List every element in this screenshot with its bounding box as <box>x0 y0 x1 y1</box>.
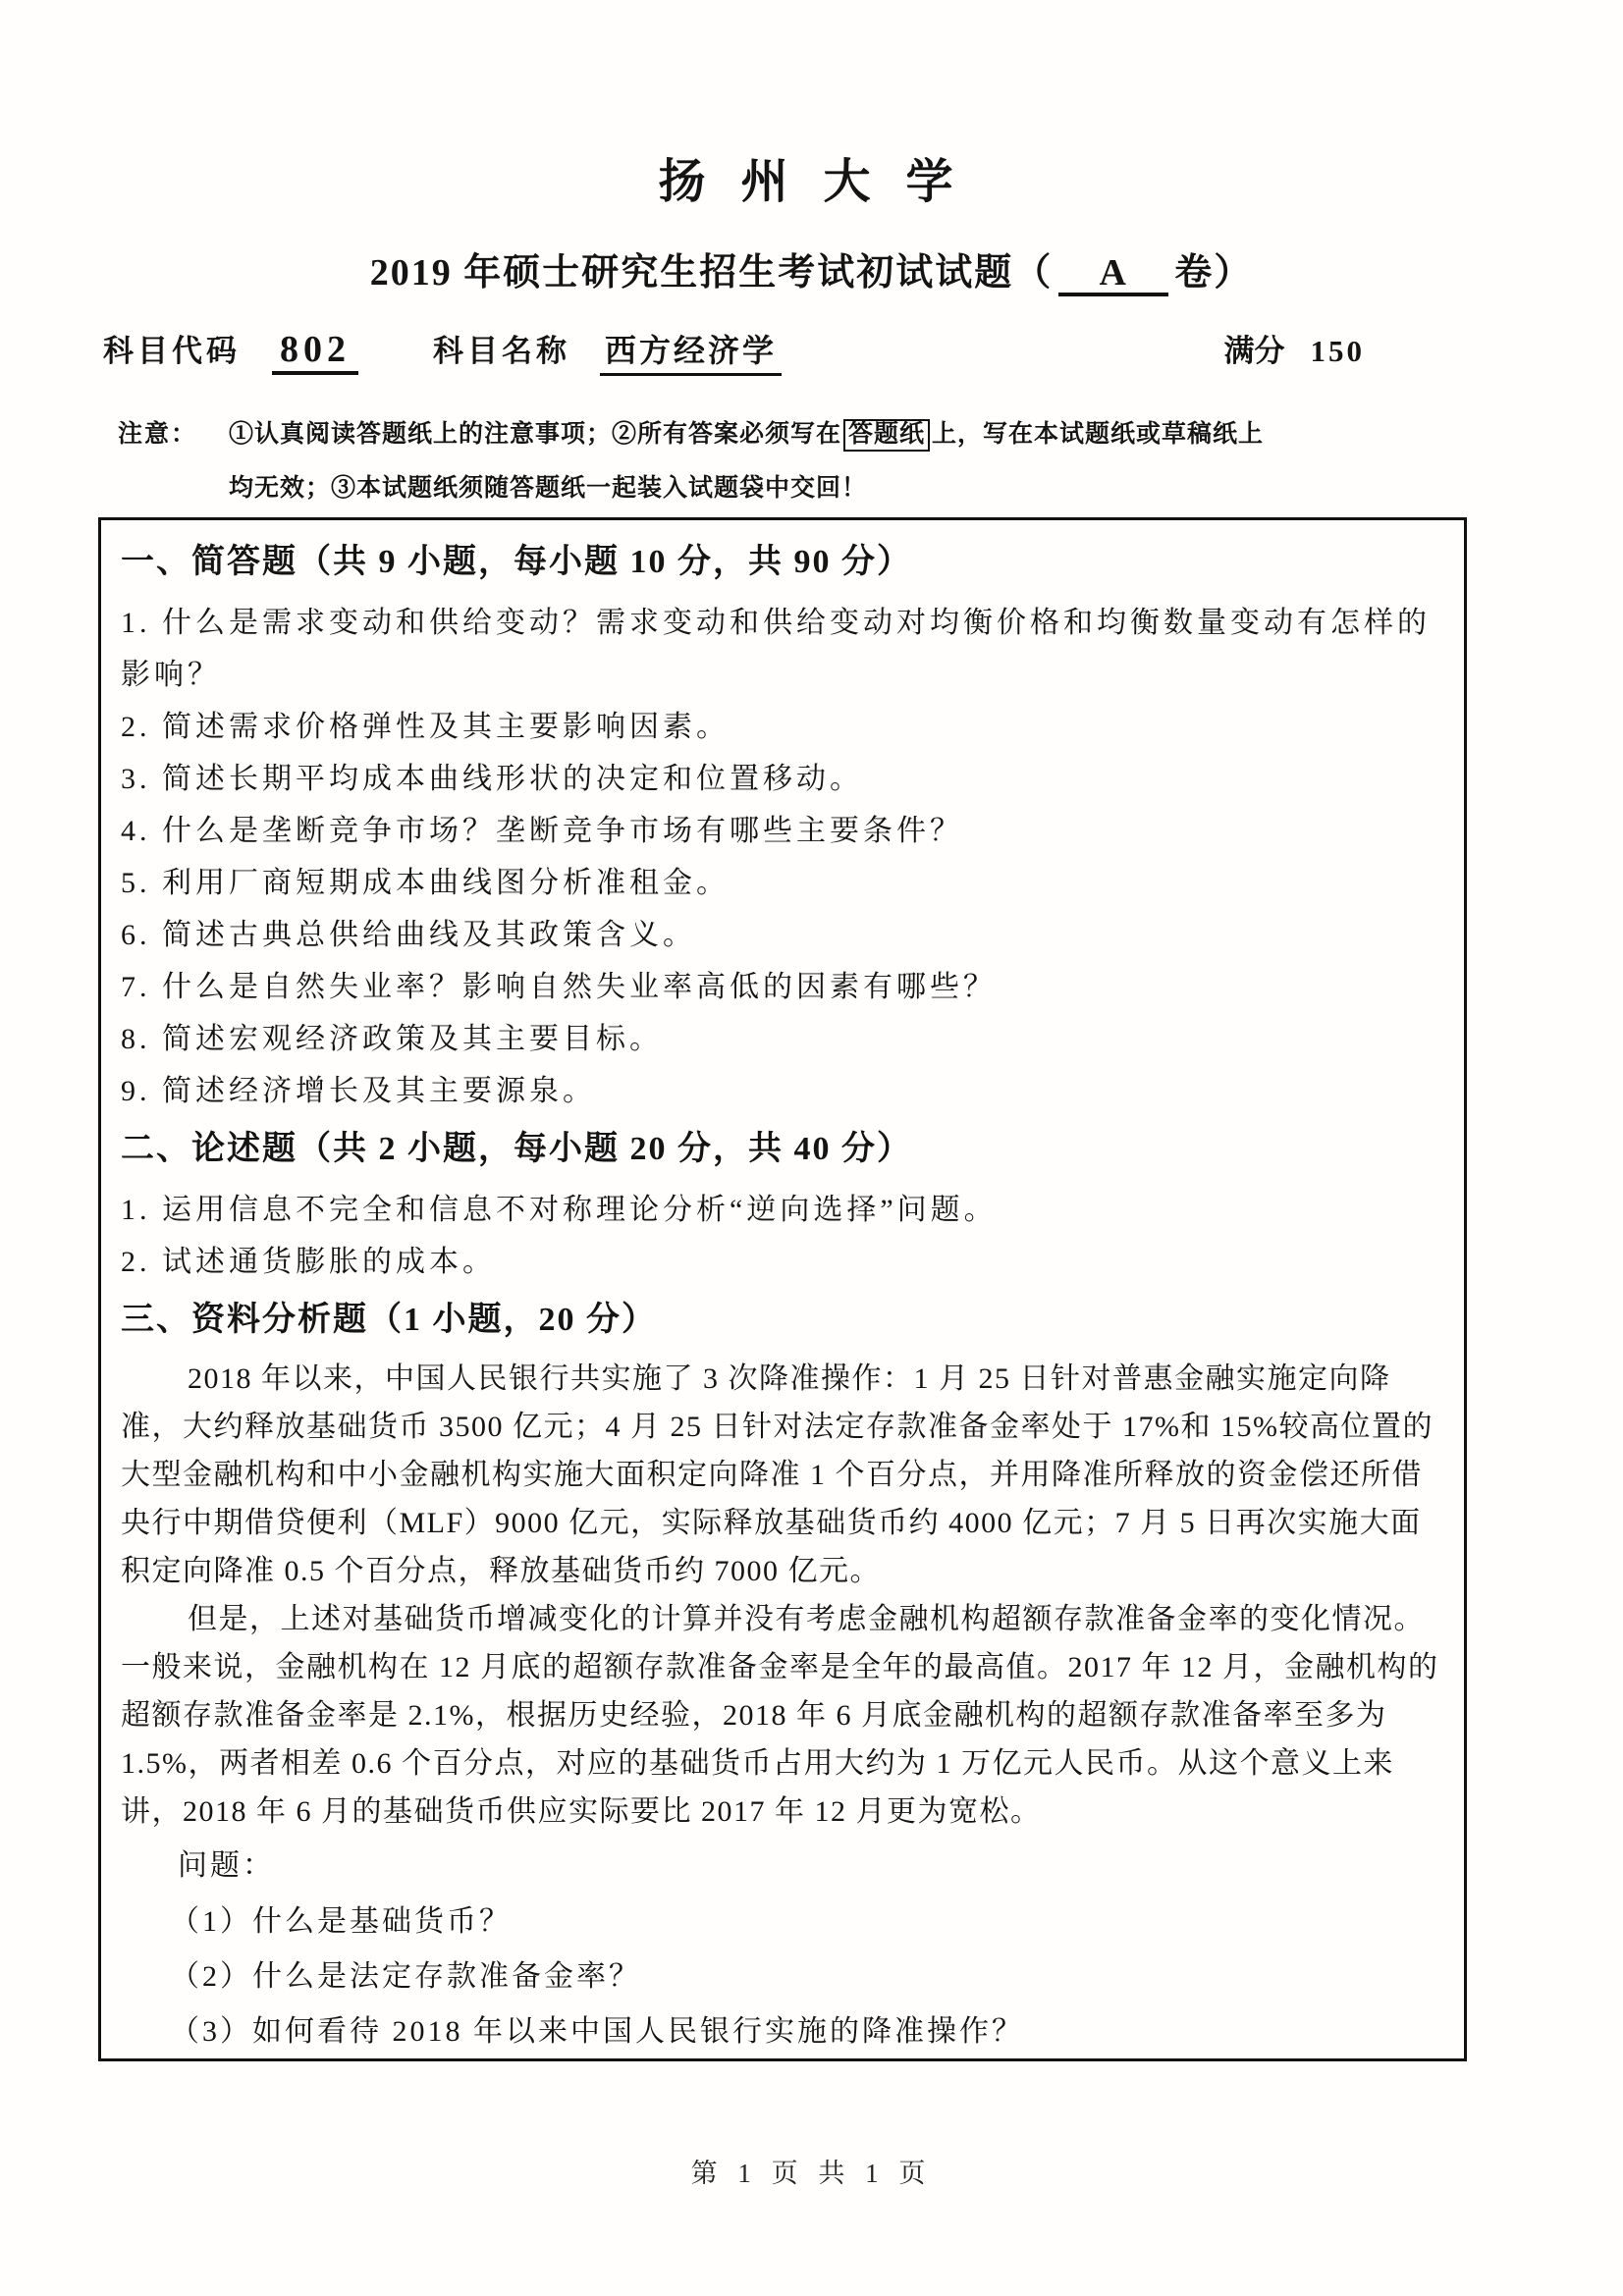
subject-code-label: 科目代码 <box>103 326 241 370</box>
subject-name-value: 西方经济学 <box>600 326 782 376</box>
material-paragraph-1: 2018 年以来，中国人民银行共实施了 3 次降准操作：1 月 25 日针对普惠… <box>121 1355 1446 1595</box>
essay-item-1: 1. 运用信息不完全和信息不对称理论分析“逆向选择”问题。 <box>121 1184 1446 1236</box>
sub-question-2: （2）什么是法定存款准备金率？ <box>170 1952 1446 2002</box>
exam-title-suffix: 卷） <box>1174 252 1253 294</box>
subject-line: 科目代码 802 科目名称 西方经济学 满分150 <box>103 326 1520 376</box>
section-two-heading: 二、论述题（共 2 小题，每小题 20 分，共 40 分） <box>121 1127 1446 1172</box>
question-item-7: 7. 什么是自然失业率？影响自然失业率高低的因素有哪些？ <box>121 961 1446 1013</box>
section-three-heading: 三、资料分析题（1 小题，20 分） <box>121 1298 1446 1343</box>
notice-label: 注意： <box>118 414 229 504</box>
essay-item-2: 2. 试述通货膨胀的成本。 <box>121 1236 1446 1288</box>
notice-line1-text: ①认真阅读答题纸上的注意事项；②所有答案必须写在 <box>229 421 841 448</box>
question-item-9: 9. 简述经济增长及其主要源泉。 <box>121 1065 1446 1117</box>
subject-code-value: 802 <box>272 328 358 375</box>
paper-letter: A <box>1058 254 1168 296</box>
notice-block: 注意： ①认真阅读答题纸上的注意事项；②所有答案必须写在答题纸上，写在本试题纸或… <box>118 414 1544 504</box>
question-item-8: 8. 简述宏观经济政策及其主要目标。 <box>121 1013 1446 1065</box>
subject-name-label: 科目名称 <box>433 326 570 370</box>
question-item-6: 6. 简述古典总供给曲线及其政策含义。 <box>121 909 1446 961</box>
exam-title-prefix: 2019 年硕士研究生招生考试初试试题（ <box>370 252 1054 294</box>
notice-body: ①认真阅读答题纸上的注意事项；②所有答案必须写在答题纸上，写在本试题纸或草稿纸上… <box>229 414 1264 504</box>
notice-line-1: ①认真阅读答题纸上的注意事项；②所有答案必须写在答题纸上，写在本试题纸或草稿纸上 <box>229 414 1264 452</box>
question-item-3: 3. 简述长期平均成本曲线形状的决定和位置移动。 <box>121 753 1446 805</box>
boxed-answer-sheet-term: 答题纸 <box>843 419 930 452</box>
university-title: 扬 州 大 学 <box>0 143 1623 211</box>
question-item-5: 5. 利用厂商短期成本曲线图分析准租金。 <box>121 857 1446 909</box>
section-one-heading: 一、简答题（共 9 小题，每小题 10 分，共 90 分） <box>121 540 1446 585</box>
exam-paper-page: 扬 州 大 学 2019 年硕士研究生招生考试初试试题（A卷） 科目代码 802… <box>0 0 1623 2296</box>
sub-question-3: （3）如何看待 2018 年以来中国人民银行实施的降准操作？ <box>170 2007 1446 2056</box>
full-score-label: 满分 <box>1224 334 1285 368</box>
material-paragraph-2: 但是，上述对基础货币增减变化的计算并没有考虑金融机构超额存款准备金率的变化情况。… <box>121 1595 1446 1836</box>
notice-line-2: 均无效；③本试题纸须随答题纸一起装入试题袋中交回！ <box>229 468 1264 504</box>
exam-title: 2019 年硕士研究生招生考试初试试题（A卷） <box>0 241 1623 296</box>
full-score-value: 150 <box>1311 334 1366 368</box>
questions-label: 问题： <box>178 1841 1446 1892</box>
question-item-1: 1. 什么是需求变动和供给变动？需求变动和供给变动对均衡价格和均衡数量变动有怎样… <box>121 597 1446 701</box>
page-footer: 第 1 页 共 1 页 <box>0 2152 1623 2190</box>
full-score: 满分150 <box>1224 326 1366 370</box>
notice-line1-tail: 上，写在本试题纸或草稿纸上 <box>932 421 1264 448</box>
question-item-4: 4. 什么是垄断竞争市场？垄断竞争市场有哪些主要条件？ <box>121 805 1446 857</box>
question-box: 一、简答题（共 9 小题，每小题 10 分，共 90 分） 1. 什么是需求变动… <box>98 517 1467 2061</box>
question-item-2: 2. 简述需求价格弹性及其主要影响因素。 <box>121 701 1446 753</box>
sub-question-1: （1）什么是基础货币？ <box>170 1897 1446 1947</box>
